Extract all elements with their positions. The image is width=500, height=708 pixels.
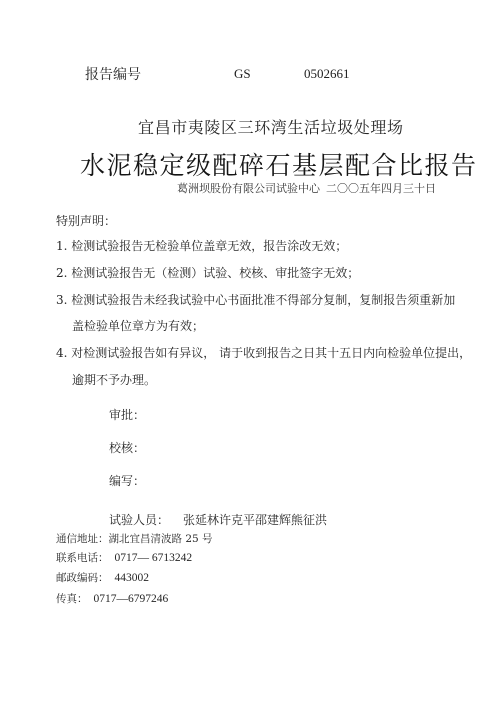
notice-item-4: 4. 对检测试验报告如有异议， 请于收到报告之日其十五日内向检验单位提出， — [56, 344, 471, 361]
address-line: 通信地址：湖北宜昌清波路 25 号 — [56, 531, 213, 546]
address-value: 湖北宜昌清波路 25 号 — [109, 533, 213, 545]
notice-item-3: 3. 检测试验报告未经我试验中心书面批准不得部分复制，复制报告须重新加 — [56, 291, 455, 308]
postcode-value: 443002 — [115, 572, 150, 584]
phone-value: 0717— 6713242 — [115, 552, 193, 564]
phone-label: 联系电话： — [56, 552, 109, 564]
report-title: 水泥稳定级配碎石基层配合比报告 — [80, 146, 478, 182]
report-number-label: 报告编号 — [85, 64, 141, 84]
postcode-label: 邮政编码： — [56, 572, 109, 584]
postcode-line: 邮政编码：443002 — [56, 570, 149, 585]
check-signature-label: 校核： — [109, 439, 145, 456]
testers-label: 试验人员： — [109, 513, 169, 527]
issuer-line: 葛洲坝股份有限公司试验中心二〇〇五年四月三十日 — [177, 180, 436, 196]
testers-line: 试验人员：张延林许克平邵建辉熊征洪 — [109, 511, 327, 528]
issue-date: 二〇〇五年四月三十日 — [326, 182, 436, 195]
notice-item-2: 2. 检测试验报告无（检测）试验、校核、审批签字无效； — [56, 264, 359, 281]
issuer-name: 葛洲坝股份有限公司试验中心 — [177, 182, 320, 195]
approve-signature-label: 审批： — [109, 406, 145, 423]
report-number-value: 0502661 — [304, 66, 350, 82]
fax-line: 传真：0717—6797246 — [56, 591, 168, 606]
report-number-prefix: GS — [234, 66, 251, 82]
notice-item-3-continued: 盖检验单位章方为有效； — [72, 317, 204, 334]
address-label: 通信地址： — [56, 533, 109, 545]
phone-line: 联系电话：0717— 6713242 — [56, 550, 192, 565]
project-subtitle: 宜昌市夷陵区三环湾生活垃圾处理场 — [138, 115, 404, 138]
prepare-signature-label: 编写： — [109, 472, 145, 489]
notice-item-1: 1. 检测试验报告无检验单位盖章无效，报告涂改无效； — [56, 237, 347, 254]
fax-label: 传真： — [56, 593, 88, 605]
notice-heading: 特别声明： — [56, 212, 116, 229]
testers-names: 张延林许克平邵建辉熊征洪 — [183, 513, 327, 527]
notice-item-4-continued: 逾期不予办理。 — [72, 371, 156, 388]
fax-value: 0717—6797246 — [94, 593, 169, 605]
